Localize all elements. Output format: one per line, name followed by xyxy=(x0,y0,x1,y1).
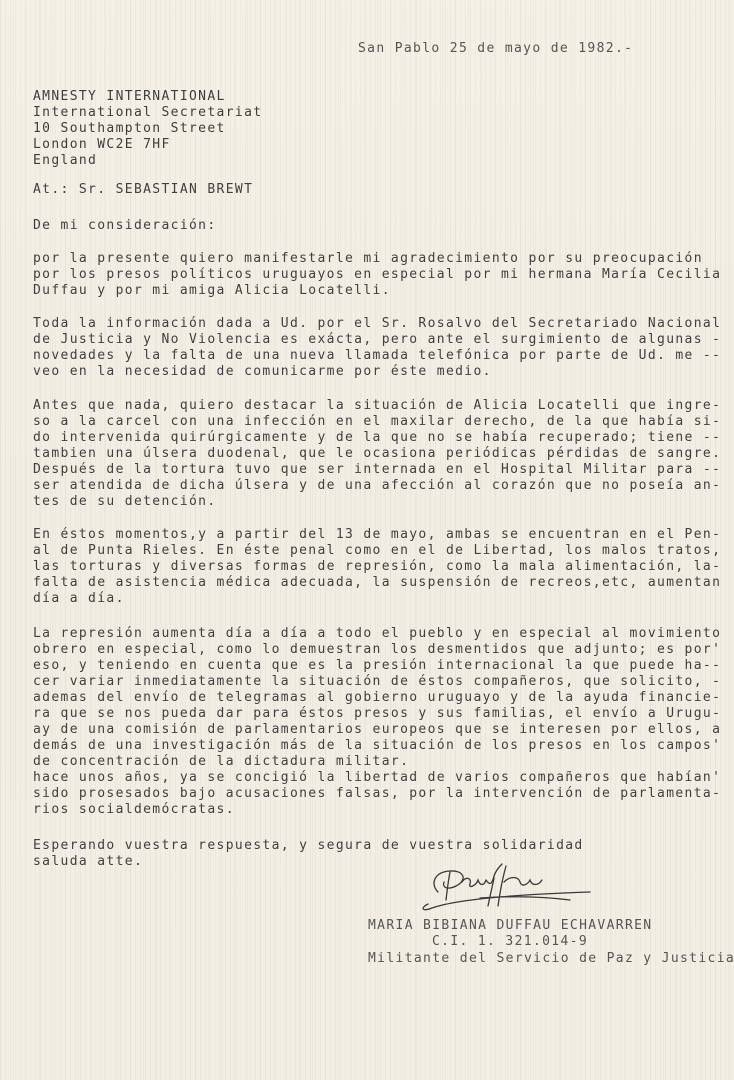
body-line: sido prosesados bajo acusaciones falsas,… xyxy=(33,786,721,802)
body-line: por la presente quiero manifestarle mi a… xyxy=(33,251,703,267)
body-line: En éstos momentos,y a partir del 13 de m… xyxy=(33,527,721,543)
body-line: Antes que nada, quiero destacar la situa… xyxy=(33,398,721,414)
body-line: tambien una úlsera duodenal, que le ocas… xyxy=(33,446,721,462)
signer-name: MARIA BIBIANA DUFFAU ECHAVARREN xyxy=(368,918,652,934)
body-line: ay de una comisión de parlamentarios eur… xyxy=(33,722,721,738)
body-line: do intervenida quirúrgicamente y de la q… xyxy=(33,430,721,446)
signer-title: Militante del Servicio de Paz y Justicia xyxy=(368,951,734,967)
body-line: Toda la información dada a Ud. por el Sr… xyxy=(33,316,721,332)
body-line: falta de asistencia médica adecuada, la … xyxy=(33,575,721,591)
closing-line: Esperando vuestra respuesta, y segura de… xyxy=(33,838,584,854)
body-line: La represión aumenta día a día a todo el… xyxy=(33,626,721,642)
body-line: so a la carcel con una infección en el m… xyxy=(33,414,721,430)
recipient-line: 10 Southampton Street xyxy=(33,121,226,137)
body-line: Duffau y por mi amiga Alicia Locatelli. xyxy=(33,283,391,299)
body-line: eso, y teniendo en cuenta que es la pres… xyxy=(33,658,721,674)
body-line: las torturas y diversas formas de repres… xyxy=(33,559,721,575)
signer-id: C.I. 1. 321.014-9 xyxy=(432,934,588,950)
body-line: por los presos políticos uruguayos en es… xyxy=(33,267,721,283)
body-line: hace unos años, ya se concigió la libert… xyxy=(33,770,721,786)
attention-line: At.: Sr. SEBASTIAN BREWT xyxy=(33,182,253,198)
body-line: obrero en especial, como lo demuestran l… xyxy=(33,642,721,658)
recipient-line: London WC2E 7HF xyxy=(33,137,171,153)
body-line: ademas del envío de telegramas al gobier… xyxy=(33,690,721,706)
recipient-line: England xyxy=(33,153,97,169)
salutation: De mi consideración: xyxy=(33,218,217,234)
body-line: Después de la tortura tuvo que ser inter… xyxy=(33,462,721,478)
body-line: rios socialdemócratas. xyxy=(33,802,235,818)
closing-line: saluda atte. xyxy=(33,854,143,870)
handwritten-signature xyxy=(420,862,595,912)
body-line: cer variar inmediatamente la situación d… xyxy=(33,674,721,690)
body-line: de concentración de la dictadura militar… xyxy=(33,754,409,770)
body-line: ra que se nos pueda dar para éstos preso… xyxy=(33,706,721,722)
body-line: al de Punta Rieles. En éste penal como e… xyxy=(33,543,721,559)
body-line: ser atendida de dicha úlsera y de una af… xyxy=(33,478,721,494)
letter-date: San Pablo 25 de mayo de 1982.- xyxy=(358,41,633,57)
body-line: tes de su detención. xyxy=(33,494,217,510)
body-line: demás de una investigación más de la sit… xyxy=(33,738,721,754)
recipient-line: International Secretariat xyxy=(33,105,262,121)
body-line: novedades y la falta de una nueva llamad… xyxy=(33,348,721,364)
body-line: veo en la necesidad de comunicarme por é… xyxy=(33,364,492,380)
body-line: de Justicia y No Violencia es exácta, pe… xyxy=(33,332,721,348)
recipient-line: AMNESTY INTERNATIONAL xyxy=(33,89,226,105)
body-line: día a día. xyxy=(33,591,125,607)
